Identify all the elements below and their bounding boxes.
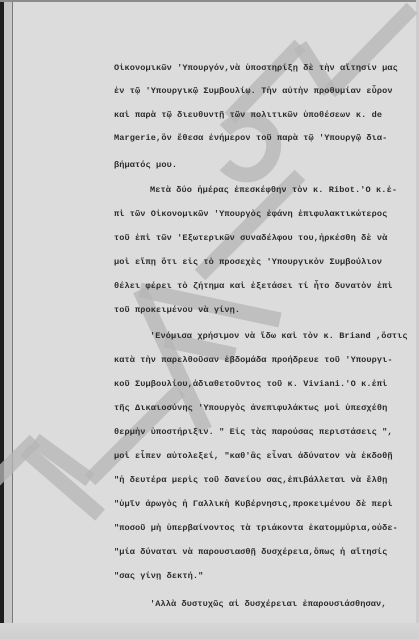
text-line: ἐν τῷ 'Υπουργικῷ Συμβουλίῳ. Τὴν αὐτὴν πρ…	[114, 86, 393, 96]
text-line: 'Αλλὰ δυστυχῶς αἱ δυσχέρειαι ἐπαρουσιάσθ…	[150, 599, 387, 609]
text-line: Οἰκονομικῶν 'Υπουργόν,νὰ ὑποστηρίξῃ δὲ τ…	[114, 63, 398, 73]
scan-bottom-edge	[0, 623, 419, 639]
text-line: θέλει φέρει τὸ ζήτημα καὶ ἐξετάσει τί ἦτ…	[114, 281, 393, 291]
text-line: κατὰ τὴν παρελθοῦσαν ἑβδομάδα προήδρευε …	[114, 355, 393, 365]
scan-margin-strip	[4, 0, 12, 639]
text-line: τοῦ ἐπὶ τῶν 'Εξωτερικῶν συναδέλφου του,ἠ…	[114, 233, 387, 243]
text-line: "ἡ δευτέρα μερὶς τοῦ δανείου σας,ἐπιβάλλ…	[114, 475, 387, 485]
text-line: βήματός μου.	[114, 160, 177, 170]
scan-top-edge	[0, 0, 419, 2]
text-line: μοὶ εἶπεν αὐτολεξεί, "καθ'ἃς εἶναι ἀδύνα…	[114, 451, 393, 461]
text-line: τοῦ προκειμένου νὰ γίνῃ.	[114, 305, 240, 315]
scan-margin-rule	[12, 0, 13, 639]
text-line: πὶ τῶν Οἰκονομικῶν 'Υπουργὸς ἐφάνη ἐπιφυ…	[114, 209, 387, 219]
text-line: "ὑμῖν ἀρωγὸς ἡ Γαλλικὴ Κυβέρνησις,προκει…	[114, 499, 393, 509]
text-line: "ποσοῦ μὴ ὑπερβαίνοντος τὰ τριάκοντα ἑκα…	[114, 523, 398, 533]
text-line: μοὶ εἴπῃ ὅτι εἰς τὸ προσεχὲς 'Υπουργικὸν…	[114, 257, 382, 267]
text-line: θερμὴν ὑποστήριξιν. " Εἰς τὰς παρούσας π…	[114, 427, 393, 437]
text-line: 'Ενόμισα χρήσιμον νὰ ἴδω καὶ τὸν κ. Bria…	[150, 331, 408, 341]
text-line: καὶ παρὰ τῷ διευθυντῇ τῶν πολιτικῶν ὑποθ…	[114, 110, 382, 120]
text-line: Margerie,ὃν ἔθεσα ἐνήμερον τοῦ παρὰ τῷ '…	[114, 133, 387, 143]
text-line: τῆς Δικαιοσύνης 'Υπουργὸς ἀνεπιφυλάκτως …	[114, 403, 387, 413]
document-page: Οἰκονομικῶν 'Υπουργόν,νὰ ὑποστηρίξῃ δὲ τ…	[0, 0, 419, 639]
text-line: "μία δύναται νὰ παρουσιασθῇ δυσχέρεια,ὅπ…	[114, 547, 387, 557]
text-line: κοῦ Συμβουλίου,ἀδιαθετοῦντος τοῦ κ. Vivi…	[114, 379, 387, 389]
text-line: Μετὰ δύο ἡμέρας ἐπεσκέφθην τὸν κ. Ribot.…	[150, 185, 397, 195]
text-line: "σας γίνῃ δεκτή."	[114, 571, 203, 581]
